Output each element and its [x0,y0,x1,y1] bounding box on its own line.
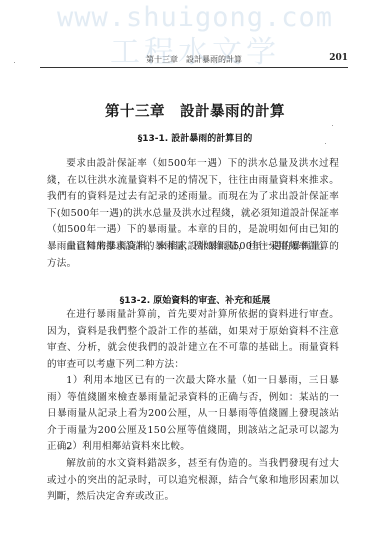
section-heading-13-1: §13-1. 設計暴雨的計算目的 [0,131,390,144]
scan-speck [14,62,15,63]
running-head: 第十三章 設計暴雨的計算 201 [40,53,348,68]
paragraph-method-2: 2）利用相鄰站資料來比較。 [47,439,339,456]
scan-speck [325,143,326,144]
running-head-chapter: 第十三章 設計暴雨的計算 [146,54,242,65]
section-heading-13-2: §13-2. 原始資料的审查、补充和延展 [0,293,390,306]
paragraph: 解放前的水文資料錯誤多，甚至有伪造的。当我們發現有过大或过小的突出的記录时，可以… [47,456,339,506]
chapter-title: 第十三章 設計暴雨的計算 [0,100,390,121]
scan-speck [332,125,333,126]
watermark-url: www.shuigong.com [0,2,390,33]
paragraph: 在进行暴雨量計算前，首先要对計算所依据的資料进行审查。因为，資料是我們整个設計工… [47,307,339,373]
page-number: 201 [329,53,348,63]
paragraph: 由已知的暴雨資料，來推求設計暴雨量，往往采用頻率計算的方法。 [47,239,339,272]
